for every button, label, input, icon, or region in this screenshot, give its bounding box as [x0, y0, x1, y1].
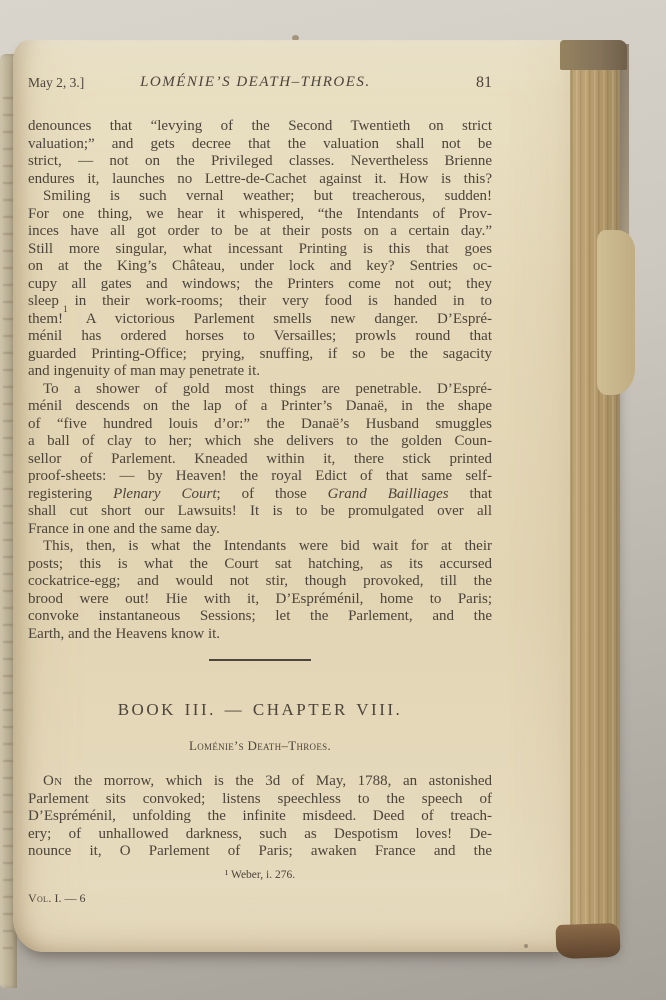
- opening-paragraph: On the morrow, which is the 3d of May, 1…: [28, 773, 492, 861]
- fore-edge-bottom-corner: [555, 923, 620, 959]
- text-line: a ball of clay to her; which she deliver…: [28, 433, 492, 451]
- volume-signature: Vol. I. — 6: [28, 891, 492, 906]
- running-title: LOMÉNIE’S DEATH–THROES.: [140, 74, 371, 91]
- text-line: cupy all gates and windows; the Printers…: [28, 276, 492, 294]
- text-line: sellor of Parlement. Kneaded within it, …: [28, 451, 492, 469]
- text-line: shall cut short our Lawsuits! It is to b…: [28, 503, 492, 521]
- text-line: convoke instantaneous Sessions; let the …: [28, 608, 492, 626]
- text-line: To a shower of gold most things are pene…: [28, 381, 492, 399]
- text-line: on at the King’s Château, under lock and…: [28, 258, 492, 276]
- book-page: May 2, 3.] LOMÉNIE’S DEATH–THROES. 81 de…: [13, 40, 570, 952]
- text-line: proof-sheets: — by Heaven! the royal Edi…: [28, 468, 492, 486]
- facing-page-text-marks: [3, 94, 13, 954]
- text-line: Smiling is such vernal weather; but trea…: [28, 188, 492, 206]
- header-date: May 2, 3.]: [28, 75, 84, 91]
- text-line: and ingenuity of man may penetrate it.: [28, 363, 492, 381]
- page-header: May 2, 3.] LOMÉNIE’S DEATH–THROES. 81: [28, 74, 492, 94]
- text-line: cockatrice-egg; and would not stir, thou…: [28, 573, 492, 591]
- section-divider: [209, 659, 311, 661]
- text-line: endures it, launches no Lettre-de-Cachet…: [28, 171, 492, 189]
- page-content: May 2, 3.] LOMÉNIE’S DEATH–THROES. 81 de…: [13, 40, 570, 952]
- paragraph: This, then, is what the Intendants were …: [28, 538, 492, 643]
- paragraph: To a shower of gold most things are pene…: [28, 381, 492, 539]
- text-line: ménil descends on the lap of a Printer’s…: [28, 398, 492, 416]
- text-line: France in one and the same day.: [28, 521, 492, 539]
- text-line: valuation;” and gets decree that the val…: [28, 136, 492, 154]
- text-line: For one thing, we hear it whispered, “th…: [28, 206, 492, 224]
- chapter-heading: BOOK III. — CHAPTER VIII.: [28, 699, 492, 721]
- text-line: nounce it, O Parlement of Paris; awaken …: [28, 843, 492, 861]
- text-line: sleep in their work-rooms; their very fo…: [28, 293, 492, 311]
- text-line: ménil has ordered horses to Versailles; …: [28, 328, 492, 346]
- text-line: them!1 A victorious Parlement smells new…: [28, 311, 492, 329]
- body-text: denounces that “levying of the Second Tw…: [28, 118, 492, 643]
- fore-edge-top-cap: [560, 40, 627, 70]
- footnote: ¹ Weber, i. 276.: [28, 869, 492, 882]
- fore-edge-torn-patch: [597, 230, 635, 395]
- paragraph: Smiling is such vernal weather; but trea…: [28, 188, 492, 381]
- text-line: registering Plenary Court; of those Gran…: [28, 486, 492, 504]
- background-speck: [524, 944, 528, 948]
- text-line: Earth, and the Heavens know it.: [28, 626, 492, 644]
- chapter-subheading: Loménie’s Death–Throes.: [28, 738, 492, 753]
- text-line: Still more singular, what incessant Prin…: [28, 241, 492, 259]
- text-line: Parlement sits convoked; listens speechl…: [28, 791, 492, 809]
- text-line: D’Espréménil, unfolding the infinite mis…: [28, 808, 492, 826]
- fore-edge: [562, 44, 620, 952]
- text-line: strict, — not on the Privileged classes.…: [28, 153, 492, 171]
- text-line: ery; of unhallowed darkness, such as Des…: [28, 826, 492, 844]
- text-line: guarded Printing-Office; prying, snuffin…: [28, 346, 492, 364]
- text-line: brood were out! Hie with it, D’Espréméni…: [28, 591, 492, 609]
- text-line: This, then, is what the Intendants were …: [28, 538, 492, 556]
- text-line: of “five hundred louis d’or:” the Danaë’…: [28, 416, 492, 434]
- text-line: denounces that “levying of the Second Tw…: [28, 118, 492, 136]
- text-line: inces have all got order to be at their …: [28, 223, 492, 241]
- book-photo-scene: May 2, 3.] LOMÉNIE’S DEATH–THROES. 81 de…: [0, 0, 666, 1000]
- paragraph: denounces that “levying of the Second Tw…: [28, 118, 492, 188]
- text-line: On the morrow, which is the 3d of May, 1…: [28, 773, 492, 791]
- text-line: posts; this is what the Court sat hatchi…: [28, 556, 492, 574]
- fore-edge-streaks: [562, 44, 620, 952]
- page-number: 81: [476, 74, 492, 92]
